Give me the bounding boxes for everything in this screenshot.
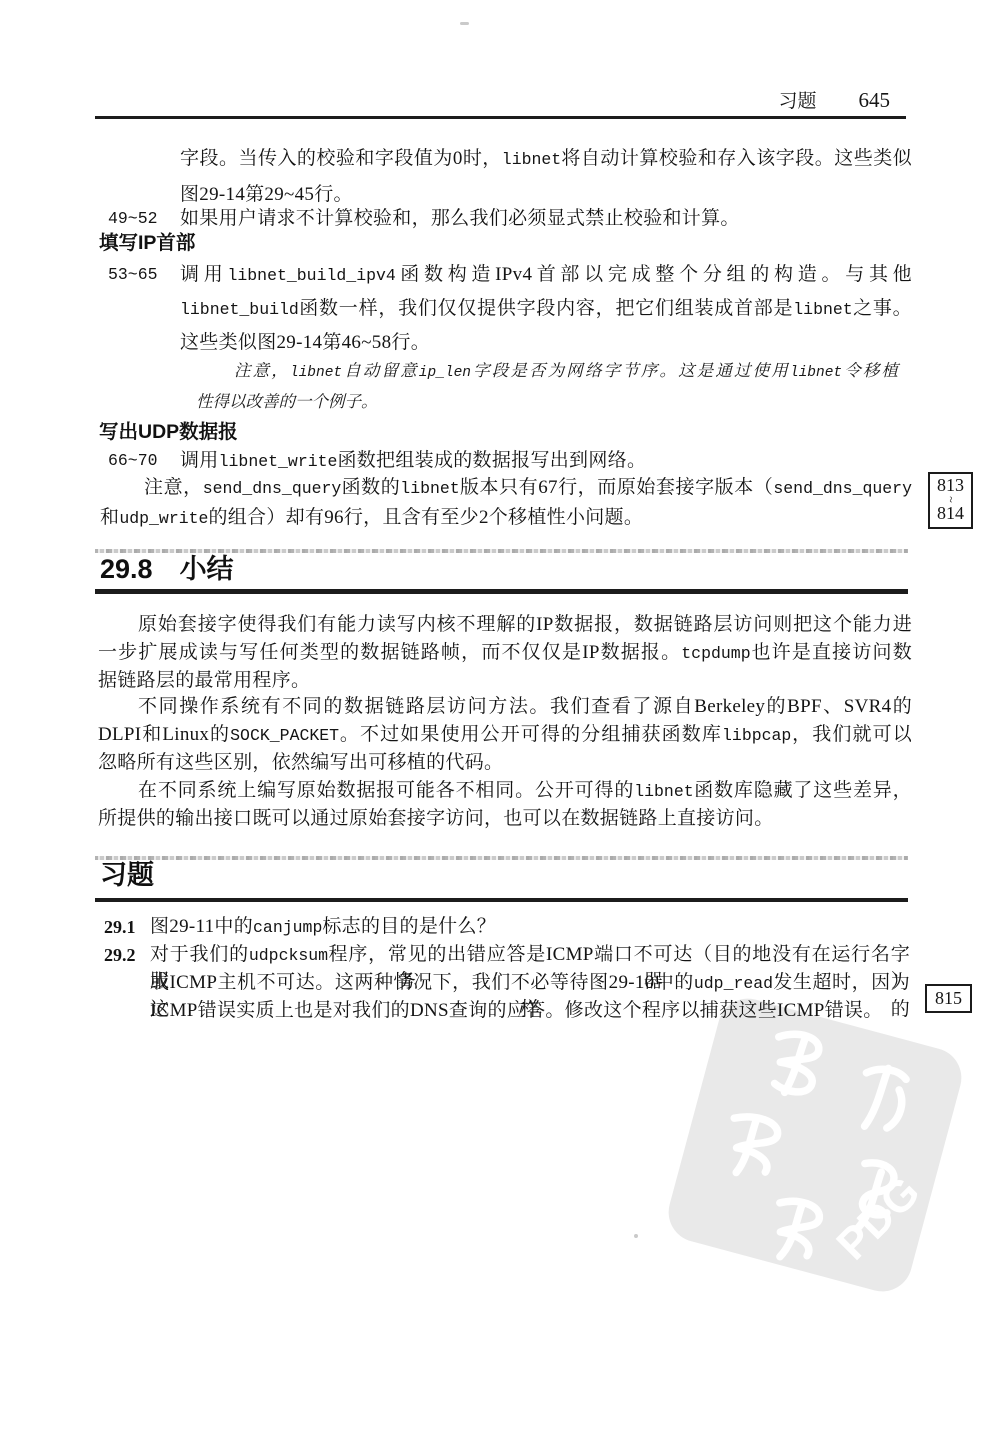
list-number: 53~65 (108, 262, 158, 288)
section-heading: 29.8 小结 (100, 554, 234, 584)
text-segment: 在不同系统上编写原始数据报可能各不相同。公开可得的 (138, 780, 634, 801)
text-segment: 函数的 (341, 477, 400, 498)
code-term: libnet (790, 365, 842, 381)
text-line: ICMP错误实质上也是对我们的DNS查询的应答。修改这个程序以捕获这些ICMP错… (150, 998, 883, 1024)
text-line: 和udp_write的组合）却有96行，且含有至少2个移植性小问题。 (100, 505, 643, 532)
margin-page-box: 815 (925, 984, 972, 1013)
code-term: libnet (400, 479, 459, 498)
list-number: 49~52 (108, 206, 158, 232)
text-segment: 版本只有67行，而原始套接字版本（ (460, 477, 774, 498)
text-line: 所提供的输出接口既可以通过原始套接字访问，也可以在数据链路上直接访问。 (98, 806, 774, 832)
code-term: tcpdump (681, 644, 750, 663)
text-segment: 之事。 (853, 298, 912, 319)
section-title: 小结 (180, 554, 234, 584)
heading-rule (95, 898, 908, 902)
code-term: libnet (634, 782, 693, 801)
note-line: 性得以改善的一个例子。 (196, 390, 378, 414)
text-segment: 函数构造IPv4首部以完成整个分组的构造。与其他 (396, 264, 912, 285)
exercise-number: 29.2 (104, 942, 136, 968)
text-segment: ，我们就可以 (791, 724, 912, 745)
text-line: 注意，send_dns_query函数的libnet版本只有67行，而原始套接字… (100, 475, 912, 502)
text-line: DLPI和Linux的SOCK_PACKET。不过如果使用公开可得的分组捕获函数… (98, 722, 912, 749)
text-segment: 函数把组装成的数据报写出到网络。 (337, 450, 646, 471)
text-segment: 将自动计算校验和存入该字段。这些类似 (561, 148, 912, 169)
text-segment: 函数库隐藏了这些差异， (694, 780, 912, 801)
subsection-heading: 写出UDP数据报 (99, 419, 238, 445)
text-segment: 或ICMP主机不可达。这两种情况下，我们不必等待图29-10中的 (150, 972, 694, 993)
header-section-label: 习题 (778, 86, 816, 113)
code-term: libnet (290, 365, 342, 381)
text-segment: 令移植 (842, 361, 898, 380)
subsection-heading: 填写IP首部 (99, 230, 195, 256)
code-term: libpcap (722, 726, 791, 745)
section-number: 29.8 (100, 554, 153, 584)
text-line: 字段。当传入的校验和字段值为0时，libnet将自动计算校验和存入该字段。这些类… (180, 146, 912, 173)
code-term: libnet_build_ipv4 (227, 266, 395, 285)
margin-page-range-box: 813 ~ 814 (928, 472, 973, 529)
text-segment: 对于我们的 (150, 944, 249, 965)
text-segment: 调用 (180, 450, 219, 471)
text-segment: 和 (100, 507, 119, 528)
text-line: libnet_build函数一样，我们仅仅提供字段内容，把它们组装成首部是lib… (180, 296, 912, 323)
text-segment: 的组合）却有96行，且含有至少2个移植性小问题。 (208, 507, 643, 528)
text-line: 忽略所有这些区别，依然编写出可移植的代码。 (98, 750, 503, 776)
running-header: 习题 645 (778, 86, 890, 113)
code-term: udp_write (119, 509, 208, 528)
margin-page-number: 815 (935, 988, 962, 1008)
text-segment: 函数一样，我们仅仅提供字段内容，把它们组装成首部是 (299, 298, 793, 319)
text-segment: 调用 (180, 264, 227, 285)
header-page-number: 645 (859, 88, 891, 113)
code-term: libnet_build (180, 300, 299, 319)
exercises-heading-label: 习题 (100, 860, 154, 890)
text-segment: 字段是否为网络字节序。这是通过使用 (471, 361, 790, 380)
watermark-pdg-text: PDG (827, 1167, 929, 1269)
text-line: 图29-11中的canjump标志的目的是什么？ (150, 914, 496, 941)
code-term: udpcksum (249, 946, 328, 965)
text-segment: 标志的目的是什么？ (322, 916, 496, 937)
code-term: libnet (793, 300, 852, 319)
text-line: 在不同系统上编写原始数据报可能各不相同。公开可得的libnet函数库隐藏了这些差… (98, 778, 912, 805)
text-segment: DLPI和Linux的 (98, 724, 230, 745)
text-line: 如果用户请求不计算校验和，那么我们必须显式禁止校验和计算。 (180, 206, 740, 232)
text-line: 据链路层的最常用程序。 (98, 668, 310, 694)
code-term: SOCK_PACKET (230, 726, 339, 745)
margin-tilde: ~ (946, 479, 955, 520)
text-line: 图29-14第29~45行。 (180, 182, 353, 208)
text-line: 一步扩展成读与写任何类型的数据链路帧，而不仅仅是IP数据报。tcpdump也许是… (98, 640, 912, 667)
heading-rule (95, 589, 908, 594)
text-segment: 。不过如果使用公开可得的分组捕获函数库 (339, 724, 722, 745)
code-term: ip_len (419, 365, 471, 381)
heading-texture-band (95, 856, 908, 860)
code-term: libnet_write (219, 452, 338, 471)
text-segment: 注意， (234, 361, 290, 380)
watermark-glyph (887, 1089, 906, 1130)
text-line: 这些类似图29-14第46~58行。 (180, 330, 430, 356)
header-rule (95, 116, 906, 119)
scan-speck (460, 22, 469, 25)
text-segment: 字段。当传入的校验和字段值为0时， (180, 148, 502, 169)
scan-speck (634, 1234, 638, 1238)
text-line: 调用libnet_write函数把组装成的数据报写出到网络。 (180, 448, 646, 475)
exercise-number: 29.1 (104, 914, 136, 940)
heading-texture-band (95, 549, 908, 553)
watermark-calligraphy: PDG (662, 992, 968, 1298)
code-term: libnet (502, 150, 561, 169)
text-segment: 一步扩展成读与写任何类型的数据链路帧，而不仅仅是IP数据报。 (98, 642, 681, 663)
exercises-heading: 习题 (100, 860, 154, 890)
pdg-watermark-tile: PDG (662, 992, 968, 1298)
scanned-book-page: PDG 习题 645 字段。当传入的校验和字段值为0时，libnet将自动计算校… (0, 0, 983, 1447)
text-segment: 也许是直接访问数 (751, 642, 912, 663)
text-line: 不同操作系统有不同的数据链路层访问方法。我们查看了源自Berkeley的BPF、… (98, 694, 912, 720)
code-term: canjump (253, 918, 322, 937)
note-line: 注意，libnet自动留意ip_len字段是否为网络字节序。这是通过使用libn… (196, 359, 898, 385)
text-line: 原始套接字使得我们有能力读写内核不理解的IP数据报，数据链路层访问则把这个能力进 (98, 612, 912, 638)
text-segment: 注意， (144, 477, 203, 498)
text-segment: 自动留意 (342, 361, 419, 380)
text-segment: 图29-11中的 (150, 916, 253, 937)
code-term: udp_read (694, 974, 773, 993)
text-line: 调用libnet_build_ipv4函数构造IPv4首部以完成整个分组的构造。… (180, 262, 912, 289)
code-term: send_dns_query (203, 479, 342, 498)
list-number: 66~70 (108, 448, 158, 474)
code-term: send_dns_query (773, 479, 912, 498)
